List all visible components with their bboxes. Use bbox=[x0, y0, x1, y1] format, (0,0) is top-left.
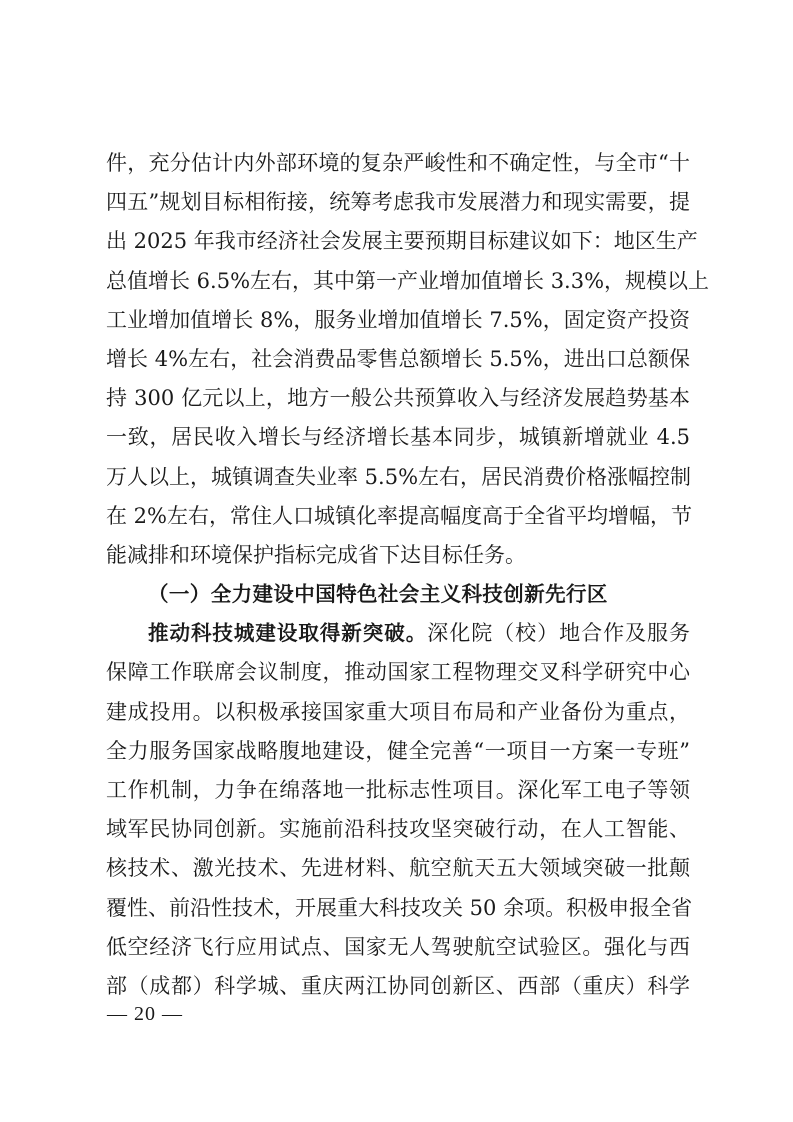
paragraph-first-line-text: 深化院（校）地合作及服务 bbox=[427, 621, 690, 645]
text-line: 核技术、激光技术、先进材料、航空航天五大领域突破一批颠 bbox=[106, 849, 690, 888]
text-line: 保障工作联席会议制度，推动国家工程物理交叉科学研究中心 bbox=[106, 653, 690, 692]
text-line: 总值增长 6.5%左右，其中第一产业增加值增长 3.3%，规模以上 bbox=[106, 262, 690, 301]
document-page: 件，充分估计内外部环境的复杂严峻性和不确定性，与全市“十 四五”规划目标相衔接，… bbox=[0, 0, 793, 1122]
paragraph-lead-title: 推动科技城建设取得新突破。 bbox=[148, 621, 427, 645]
text-line: 四五”规划目标相衔接，统筹考虑我市发展潜力和现实需要，提 bbox=[106, 183, 690, 222]
text-line: 建成投用。以积极承接国家重大项目布局和产业备份为重点， bbox=[106, 693, 690, 732]
text-line: 域军民协同创新。实施前沿科技攻坚突破行动，在人工智能、 bbox=[106, 810, 690, 849]
text-line: 覆性、前沿性技术，开展重大科技攻关 50 余项。积极申报全省 bbox=[106, 889, 690, 928]
text-line: 增长 4%左右，社会消费品零售总额增长 5.5%，进出口总额保 bbox=[106, 340, 690, 379]
paragraph-first-line: 推动科技城建设取得新突破。深化院（校）地合作及服务 bbox=[106, 614, 690, 653]
text-line: 工作机制，力争在绵落地一批标志性项目。深化军工电子等领 bbox=[106, 771, 690, 810]
text-line: 能减排和环境保护指标完成省下达目标任务。 bbox=[106, 536, 690, 575]
text-line: 工业增加值增长 8%，服务业增加值增长 7.5%，固定资产投资 bbox=[106, 301, 690, 340]
section-heading: （一）全力建设中国特色社会主义科技创新先行区 bbox=[106, 575, 690, 614]
text-line: 全力服务国家战略腹地建设，健全完善“一项目一方案一专班” bbox=[106, 732, 690, 771]
text-line: 低空经济飞行应用试点、国家无人驾驶航空试验区。强化与西 bbox=[106, 928, 690, 967]
text-line: 一致，居民收入增长与经济增长基本同步，城镇新增就业 4.5 bbox=[106, 418, 690, 457]
text-line: 件，充分估计内外部环境的复杂严峻性和不确定性，与全市“十 bbox=[106, 144, 690, 183]
text-line: 在 2%左右，常住人口城镇化率提高幅度高于全省平均增幅，节 bbox=[106, 497, 690, 536]
text-line: 出 2025 年我市经济社会发展主要预期目标建议如下：地区生产 bbox=[106, 222, 690, 261]
page-number: — 20 — bbox=[107, 1000, 183, 1028]
text-line: 部（成都）科学城、重庆两江协同创新区、西部（重庆）科学 bbox=[106, 967, 690, 1006]
text-line: 持 300 亿元以上，地方一般公共预算收入与经济发展趋势基本 bbox=[106, 379, 690, 418]
text-line: 万人以上，城镇调查失业率 5.5%左右，居民消费价格涨幅控制 bbox=[106, 458, 690, 497]
document-body: 件，充分估计内外部环境的复杂严峻性和不确定性，与全市“十 四五”规划目标相衔接，… bbox=[106, 144, 690, 1006]
